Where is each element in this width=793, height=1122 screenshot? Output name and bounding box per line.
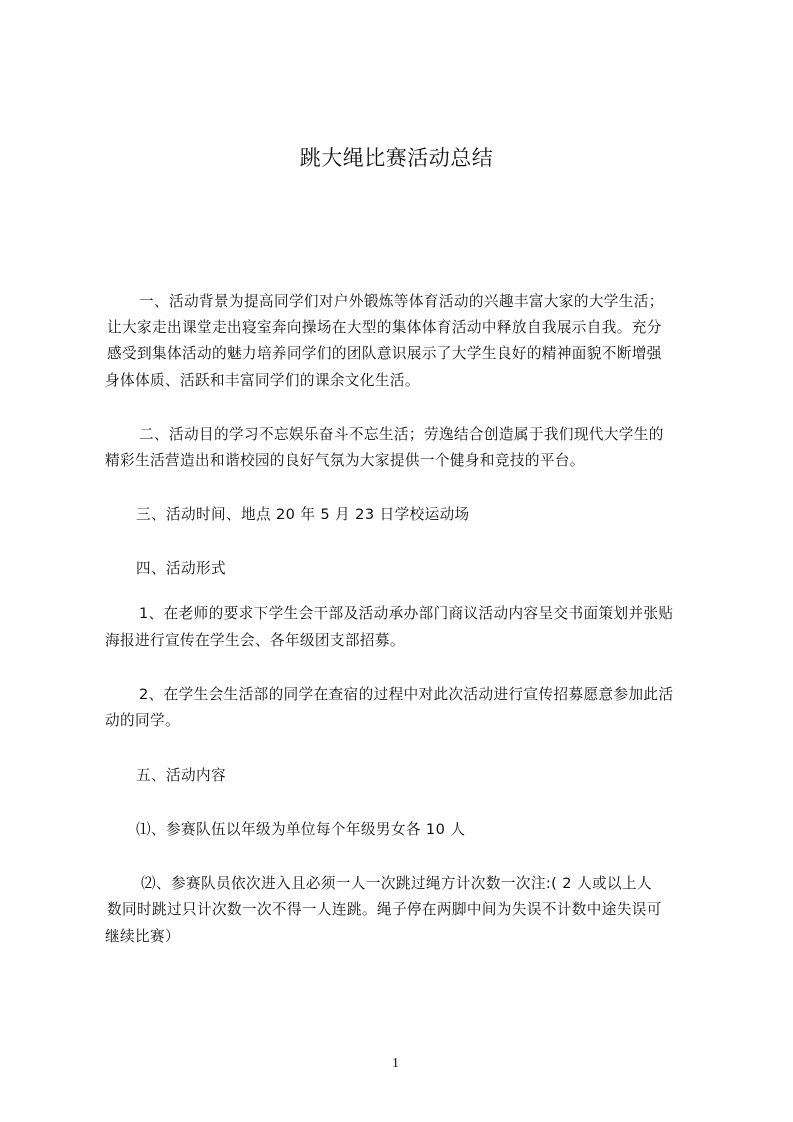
paragraph-line: 精彩生活营造出和谐校园的良好气氛为大家提供一个健身和竞技的平台。	[105, 451, 585, 471]
page-number: 1	[392, 1056, 399, 1072]
paragraph-line: 数同时跳过只计次数一次不得一人连跳。绳子停在两脚中间为失误不计数中途失误可	[107, 900, 662, 920]
paragraph-line: 感受到集体活动的魅力培养同学们的团队意识展示了大学生良好的精神面貌不断增强	[107, 344, 662, 364]
paragraph-line: ⑵、参赛队员依次进入且必须一人一次跳过绳方计次数一次注:( 2 人或以上人	[141, 874, 652, 894]
paragraph-line: ⑴、参赛队伍以年级为单位每个年级男女各 10 人	[136, 820, 465, 840]
paragraph-line: 动的同学。	[105, 711, 180, 731]
document-title: 跳大绳比赛活动总结	[0, 142, 793, 172]
paragraph-line: 让大家走出课堂走出寝室奔向操场在大型的集体体育活动中释放自我展示自我。充分	[107, 318, 662, 338]
paragraph-line: 2、在学生会生活部的同学在查宿的过程中对此次活动进行宣传招募愿意参加此活	[139, 685, 673, 705]
paragraph-line: 继续比赛）	[105, 927, 180, 947]
paragraph-line: 海报进行宣传在学生会、各年级团支部招募。	[105, 631, 405, 651]
paragraph-line: 五、活动内容	[136, 766, 226, 786]
paragraph-line: 四、活动形式	[136, 559, 226, 579]
paragraph-line: 二、活动目的学习不忘娱乐奋斗不忘生活；劳逸结合创造属于我们现代大学生的	[139, 425, 664, 445]
paragraph-line: 身体体质、活跃和丰富同学们的课余文化生活。	[105, 371, 420, 391]
paragraph-line: 一、活动背景为提高同学们对户外锻炼等体育活动的兴趣丰富大家的大学生活；	[139, 292, 664, 312]
paragraph-line: 1、在老师的要求下学生会干部及活动承办部门商议活动内容呈交书面策划并张贴	[139, 604, 673, 624]
paragraph-line: 三、活动时间、地点 20 年 5 月 23 日学校运动场	[136, 505, 470, 525]
